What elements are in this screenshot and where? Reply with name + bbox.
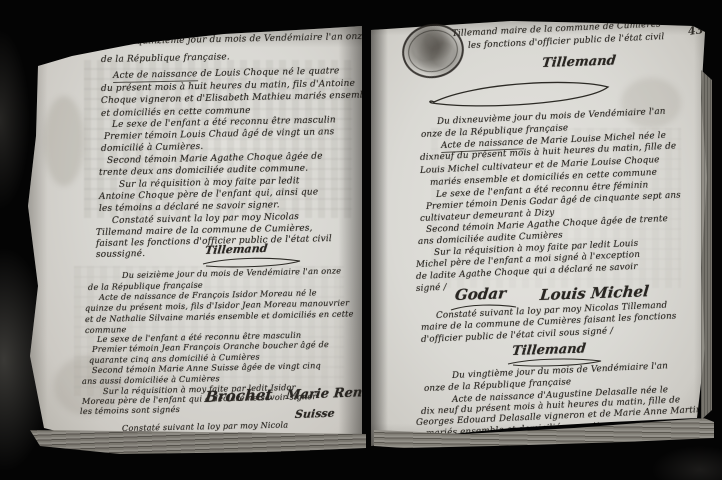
manuscript-line: Du quinzième jour du mois de Vendémiaire… [120, 33, 368, 47]
manuscript-line: Premier témoin Louis Chaud âgé de vingt … [104, 128, 335, 142]
acte-heading: Acte de naissance [113, 69, 198, 83]
manuscript-line: soussigné. [96, 250, 145, 260]
manuscript-line-rest: de Louis Choque né le quatre [201, 66, 340, 79]
manuscript-line: domicilié à Cumières. [101, 143, 204, 154]
right-page: 43 Tillemand maire de la commune de Cumi… [371, 18, 711, 454]
signature-witness: Marie Renna [285, 385, 381, 403]
manuscript-line: de la République française. [101, 53, 230, 65]
paper-stain [621, 78, 681, 128]
manuscript-line: les témoins sont signés [80, 405, 180, 416]
paraph-flourish [426, 76, 616, 112]
left-page: Du quinzième jour du mois de Vendémiaire… [24, 26, 362, 458]
signature-witness: Louis Michel [539, 282, 650, 304]
manuscript-line: Antoine Choque père de l'enfant qui, ain… [99, 188, 318, 202]
manuscript-line: signé / [416, 284, 447, 294]
manuscript-line: Du seizième jour du mois de Vendémiaire … [122, 266, 341, 280]
signature-witness: Brochet [204, 386, 273, 406]
manuscript-line: Choque vigneron et d'Elisabeth Mathieu m… [101, 91, 374, 106]
page-edge-stack [701, 70, 712, 420]
signature-witness: Suisse [294, 407, 335, 421]
paper-stain [44, 96, 84, 186]
signature-officer: Tillemand [541, 53, 616, 71]
manuscript-line: Constaté suivant la loy par moy Nicola [122, 421, 288, 433]
page-number: 43 [687, 23, 704, 38]
